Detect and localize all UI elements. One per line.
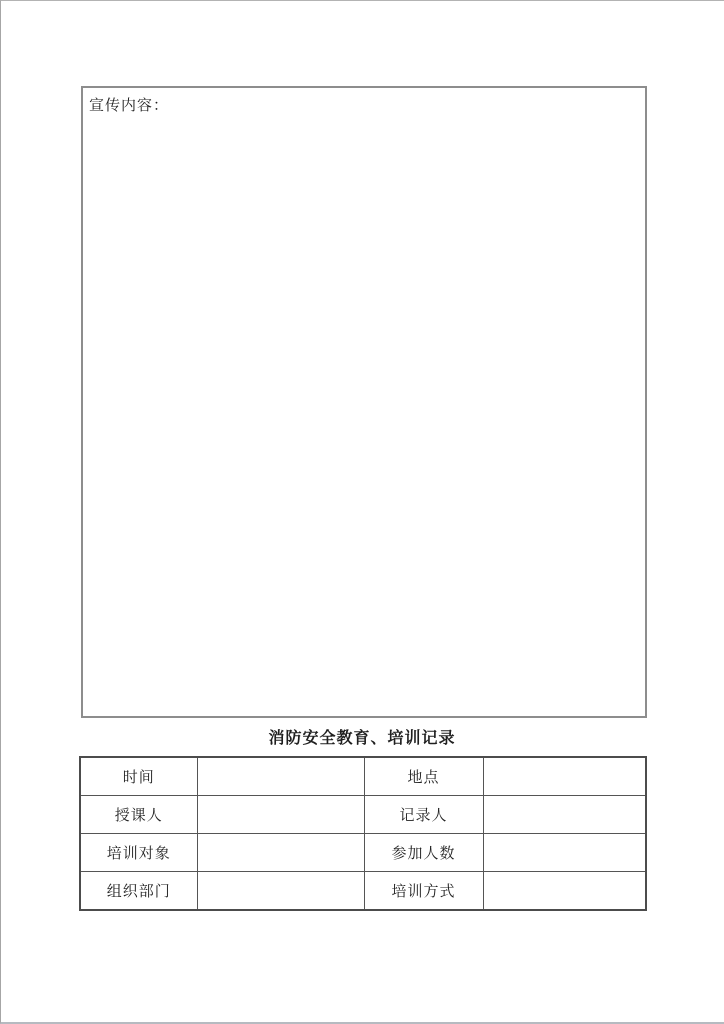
table-row: 授课人 记录人: [80, 796, 646, 834]
cell-value-location: [483, 757, 646, 796]
cell-label-location: 地点: [364, 757, 483, 796]
cell-value-lecturer: [197, 796, 364, 834]
document-title: 消防安全教育、培训记录: [79, 728, 645, 750]
cell-label-time: 时间: [80, 757, 197, 796]
cell-value-organizing-dept: [197, 872, 364, 911]
document-page: 宣传内容： 消防安全教育、培训记录 时间 地点 授课人 记录人 培训对象: [0, 0, 724, 1024]
cell-value-participant-count: [483, 834, 646, 872]
cell-label-training-method: 培训方式: [364, 872, 483, 911]
publicity-content-box: 宣传内容：: [81, 86, 647, 718]
training-record-table: 时间 地点 授课人 记录人 培训对象 参加人数 组织部门 培训方式: [79, 756, 647, 911]
table-row: 培训对象 参加人数: [80, 834, 646, 872]
publicity-content-label: 宣传内容：: [83, 88, 645, 116]
cell-value-trainees: [197, 834, 364, 872]
cell-label-participant-count: 参加人数: [364, 834, 483, 872]
cell-value-training-method: [483, 872, 646, 911]
cell-label-recorder: 记录人: [364, 796, 483, 834]
cell-label-organizing-dept: 组织部门: [80, 872, 197, 911]
cell-label-lecturer: 授课人: [80, 796, 197, 834]
table-row: 时间 地点: [80, 757, 646, 796]
cell-value-recorder: [483, 796, 646, 834]
table-row: 组织部门 培训方式: [80, 872, 646, 911]
cell-value-time: [197, 757, 364, 796]
cell-label-trainees: 培训对象: [80, 834, 197, 872]
